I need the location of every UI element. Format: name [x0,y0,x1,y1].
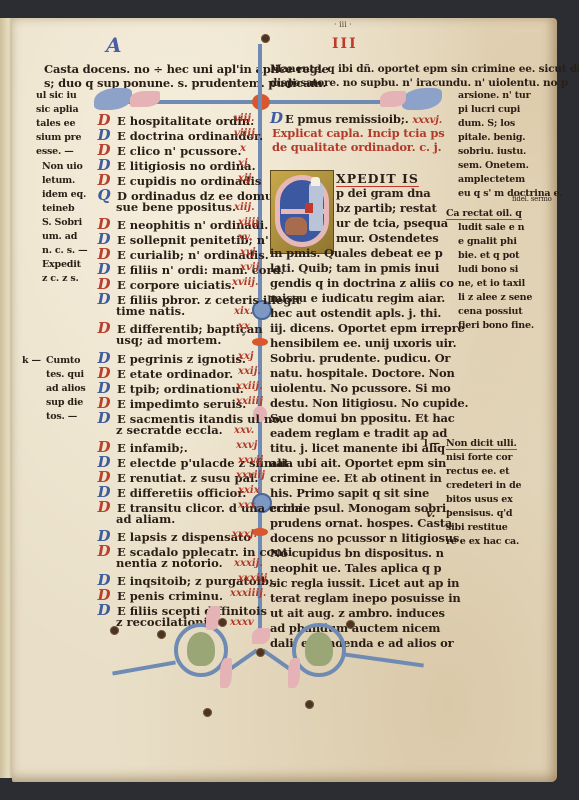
acanthus-left-icon [94,88,132,110]
tiny-marginal-note: fidel. sermo [512,192,552,206]
chapter-number: xxix [238,485,260,496]
running-head-right-text: III [332,36,358,52]
chapter-entry: DE infamib;. [94,438,188,452]
manuscript-page: A · iii · III Casta docens. no ÷ hec uni… [12,18,557,782]
chapter-number: xiij. [234,202,255,213]
gloss-lemma: Ca rectat oil. q [446,208,522,221]
green-bird-left-icon [187,632,215,666]
chapter-number: xix. [234,306,253,317]
chapter-number: xxxiiij. [230,588,266,599]
chapter-number: xxij. [238,366,261,377]
pink-leaf-icon [288,658,300,688]
chapter-entry-continuation: ad aliam. [116,512,175,526]
pink-leaf-left-icon [130,91,160,107]
incipit-rubric: de qualitate ordinador. c. j. [272,140,441,154]
body-line: p dei gram dna [336,186,431,200]
chapter-number: xxj [238,351,254,362]
chapter-entry: DE pegrinis z ignotis. [94,349,246,363]
gold-bead-icon [203,708,212,717]
pink-collar-icon [252,628,270,644]
scroll-left [112,660,176,675]
historiated-initial-e [270,170,334,254]
chapter-number: xxxv [230,617,254,628]
chapter-entry-continuation: time natis. [116,304,185,318]
top-bead-icon [261,34,270,43]
gold-bead-icon [110,626,119,635]
book-icon [305,203,313,213]
chapter-number: xxvij [238,455,263,466]
chapter-entry: DE clico n' pcussore. [94,141,241,155]
chapter-entry: DE sollepnit penitetib; n' or. [94,230,289,244]
chapter-number: xxxij. [234,558,263,569]
chapter-number: xvj [240,247,255,258]
running-head-right: III [332,36,358,52]
scroll-center-left [228,649,258,672]
gold-bead-icon [218,618,227,627]
chapter-entry: DE litigiosis no ordina. [94,156,256,170]
scroll-right [344,652,424,667]
mitre-icon [311,177,320,186]
chapter-entry: DE impedimto seruis. [94,394,246,408]
chapter-entry-continuation: usq; ad mortem. [116,333,221,347]
chapter-number: xviij. [232,277,258,288]
chapter-entry: QD ordinadus dz ee domui [94,186,278,200]
marginal-siglum: v. [426,506,435,520]
chapter-number: xx [238,321,250,332]
chapter-entry: DE scadalo pplecatr. in conti [94,542,292,556]
explicit-rubric: Explicat capla. Incip tcia ps [272,126,445,140]
chapter-entry: DE penis criminu. [94,586,223,600]
gold-bead-icon [157,630,166,639]
pink-leaf-icon [206,606,220,630]
incipit-word: XPEDIT IS [336,172,419,186]
chapter-number: xj [238,158,248,169]
chapter-entry: DE etate ordinador. [94,364,233,378]
body-line: mur. Ostendetes [336,231,438,245]
chapter-number: viiij. [234,128,258,139]
chapter-number: xxviij [236,470,265,481]
body-line: ur de tcia, psequa [336,216,448,230]
chapter-number: xxv. [234,425,254,436]
chapter-number: xxvj [236,440,257,451]
gloss-lemma-2: Non dicit ulli. [446,438,517,451]
chapter-entry-continuation: z secratde eccla. [116,423,223,437]
chapter-number: viij. [234,113,255,124]
chapter-number: xxiiij [236,396,263,407]
chapter-entry: DE cupidis no ordinadis [94,171,261,185]
chapter-number: xvij [240,262,259,273]
red-collar-icon [252,338,268,346]
chapter-number: xxiij. [236,381,263,392]
chapter-number: xxx. [238,500,259,511]
chapter-number: x [240,143,246,154]
running-head-left: A [106,33,122,57]
folio-number: · iii · [334,20,352,29]
clerics-group-icon [285,217,307,235]
acanthus-right-icon [402,88,442,110]
chapter-entry: DE renutiat. z susu pal. [94,468,258,482]
chapter-entry: DE corpore uiciatis. [94,275,235,289]
chapter-entry-continuation: sue bene ppositus. [116,200,236,214]
gold-bead-icon [346,620,355,629]
chapter-entry-continuation: nentia z notorio. [116,556,223,570]
chapter-entry: DE sacmentis itandis ul no. [94,409,284,423]
gold-bead-icon [256,648,265,657]
right-top-line-1: Manente. q ibi dñ. oportet epm sin crimi… [270,62,579,76]
chapter-entry: DE lapsis z dispensato [94,527,251,541]
pink-leaf-right-icon [380,91,406,107]
chapter-entry: DE differetiis officior. [94,483,246,497]
chapter-entry: DE hospitalitate ordin. [94,111,254,125]
pink-leaf-icon [220,658,232,688]
chapter-number: xxxiij [238,573,267,584]
green-bird-right-icon [305,632,333,666]
chapter-entry: DE tpib; ordinationu. [94,379,244,393]
chapter-number: xij [238,173,251,184]
chapter-number: xv. [238,232,252,243]
chapter-number: xiiij [238,217,259,228]
gold-bead-icon [305,700,314,709]
body-line: bz partib; restat [336,201,437,215]
chapter-entry: DE filiis scepti diffinitois [94,601,267,615]
chapter-number: xxxj. [232,529,257,540]
